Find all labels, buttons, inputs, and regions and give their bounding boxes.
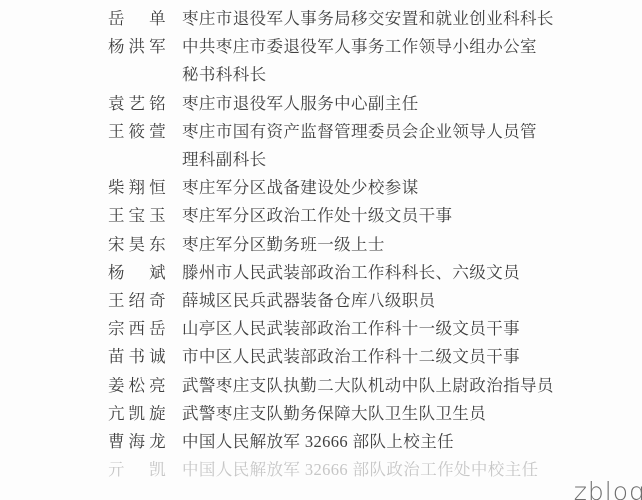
title-line: 枣庄军分区战备建设处少校参谋 [182, 174, 419, 202]
person-title: 枣庄军分区政治工作处十级文员干事 [182, 202, 452, 230]
person-title: 枣庄市退役军人服务中心副主任 [182, 90, 419, 118]
person-title: 中共枣庄市委退役军人事务工作领导小组办公室 秘书科科长 [182, 33, 537, 89]
title-line: 滕州市人民武装部政治工作科科长、六级文员 [182, 259, 520, 287]
person-title: 滕州市人民武装部政治工作科科长、六级文员 [182, 259, 520, 287]
person-name: 亢凯旋 [108, 400, 166, 428]
person-title: 薛城区民兵武器装备仓库八级职员 [182, 287, 436, 315]
person-title: 市中区人民武装部政治工作科十二级文员干事 [182, 343, 520, 371]
title-line: 枣庄军分区政治工作处十级文员干事 [182, 202, 452, 230]
title-line: 武警枣庄支队勤务保障大队卫生队卫生员 [182, 400, 486, 428]
roster-row: 柴翔恒 枣庄军分区战备建设处少校参谋 [108, 174, 554, 202]
person-name: 杨洪军 [108, 33, 166, 61]
person-name: 宗西岳 [108, 315, 166, 343]
title-line: 理科副科长 [182, 146, 537, 174]
person-name: 袁艺铭 [108, 90, 166, 118]
person-name: 岳 单 [108, 5, 166, 33]
person-name: 柴翔恒 [108, 174, 166, 202]
person-title: 枣庄军分区勤务班一级上士 [182, 231, 385, 259]
person-name: 王筱萱 [108, 118, 166, 146]
title-line: 中国人民解放军 32666 部队上校主任 [182, 428, 454, 456]
title-line: 市中区人民武装部政治工作科十二级文员干事 [182, 343, 520, 371]
roster-row: 岳 单 枣庄市退役军人事务局移交安置和就业创业科科长 [108, 5, 554, 33]
roster-row: 袁艺铭 枣庄市退役军人服务中心副主任 [108, 90, 554, 118]
person-name: 曹海龙 [108, 428, 166, 456]
zblog-watermark: zblog [574, 477, 642, 500]
person-name: 王绍奇 [108, 287, 166, 315]
roster-row: 宋昊东 枣庄军分区勤务班一级上士 [108, 231, 554, 259]
roster-row: 王宝玉 枣庄军分区政治工作处十级文员干事 [108, 202, 554, 230]
person-title: 枣庄军分区战备建设处少校参谋 [182, 174, 419, 202]
person-name: 亓 凯 [108, 456, 166, 484]
roster-row: 杨 斌 滕州市人民武装部政治工作科科长、六级文员 [108, 259, 554, 287]
title-line: 中国人民解放军 32666 部队政治工作处中校主任 [182, 456, 539, 484]
roster-row: 亢凯旋 武警枣庄支队勤务保障大队卫生队卫生员 [108, 400, 554, 428]
person-name: 杨 斌 [108, 259, 166, 287]
roster-row: 苗书诚 市中区人民武装部政治工作科十二级文员干事 [108, 343, 554, 371]
title-line: 枣庄市退役军人服务中心副主任 [182, 90, 419, 118]
person-title: 中国人民解放军 32666 部队政治工作处中校主任 [182, 456, 539, 484]
title-line: 枣庄市退役军人事务局移交安置和就业创业科科长 [182, 5, 554, 33]
person-title: 枣庄市国有资产监督管理委员会企业领导人员管 理科副科长 [182, 118, 537, 174]
title-line: 山亭区人民武装部政治工作科十一级文员干事 [182, 315, 520, 343]
roster-row-faded: 亓 凯 中国人民解放军 32666 部队政治工作处中校主任 [108, 456, 554, 484]
title-line: 薛城区民兵武器装备仓库八级职员 [182, 287, 436, 315]
title-line: 中共枣庄市委退役军人事务工作领导小组办公室 [182, 33, 537, 61]
person-name: 姜松亮 [108, 372, 166, 400]
person-title: 武警枣庄支队执勤二大队机动中队上尉政治指导员 [182, 372, 554, 400]
roster-row: 王筱萱 枣庄市国有资产监督管理委员会企业领导人员管 理科副科长 [108, 118, 554, 174]
person-name: 宋昊东 [108, 231, 166, 259]
title-line: 枣庄市国有资产监督管理委员会企业领导人员管 [182, 118, 537, 146]
roster-row: 宗西岳 山亭区人民武装部政治工作科十一级文员干事 [108, 315, 554, 343]
title-line: 武警枣庄支队执勤二大队机动中队上尉政治指导员 [182, 372, 554, 400]
roster-row: 王绍奇 薛城区民兵武器装备仓库八级职员 [108, 287, 554, 315]
person-title: 中国人民解放军 32666 部队上校主任 [182, 428, 454, 456]
roster-row: 曹海龙 中国人民解放军 32666 部队上校主任 [108, 428, 554, 456]
document-page: 岳 单 枣庄市退役军人事务局移交安置和就业创业科科长 杨洪军 中共枣庄市委退役军… [0, 0, 642, 500]
person-name: 苗书诚 [108, 343, 166, 371]
roster-list: 岳 单 枣庄市退役军人事务局移交安置和就业创业科科长 杨洪军 中共枣庄市委退役军… [108, 5, 554, 484]
person-title: 枣庄市退役军人事务局移交安置和就业创业科科长 [182, 5, 554, 33]
person-title: 山亭区人民武装部政治工作科十一级文员干事 [182, 315, 520, 343]
title-line: 枣庄军分区勤务班一级上士 [182, 231, 385, 259]
title-line: 秘书科科长 [182, 61, 537, 89]
person-name: 王宝玉 [108, 202, 166, 230]
roster-row: 姜松亮 武警枣庄支队执勤二大队机动中队上尉政治指导员 [108, 372, 554, 400]
roster-row: 杨洪军 中共枣庄市委退役军人事务工作领导小组办公室 秘书科科长 [108, 33, 554, 89]
person-title: 武警枣庄支队勤务保障大队卫生队卫生员 [182, 400, 486, 428]
